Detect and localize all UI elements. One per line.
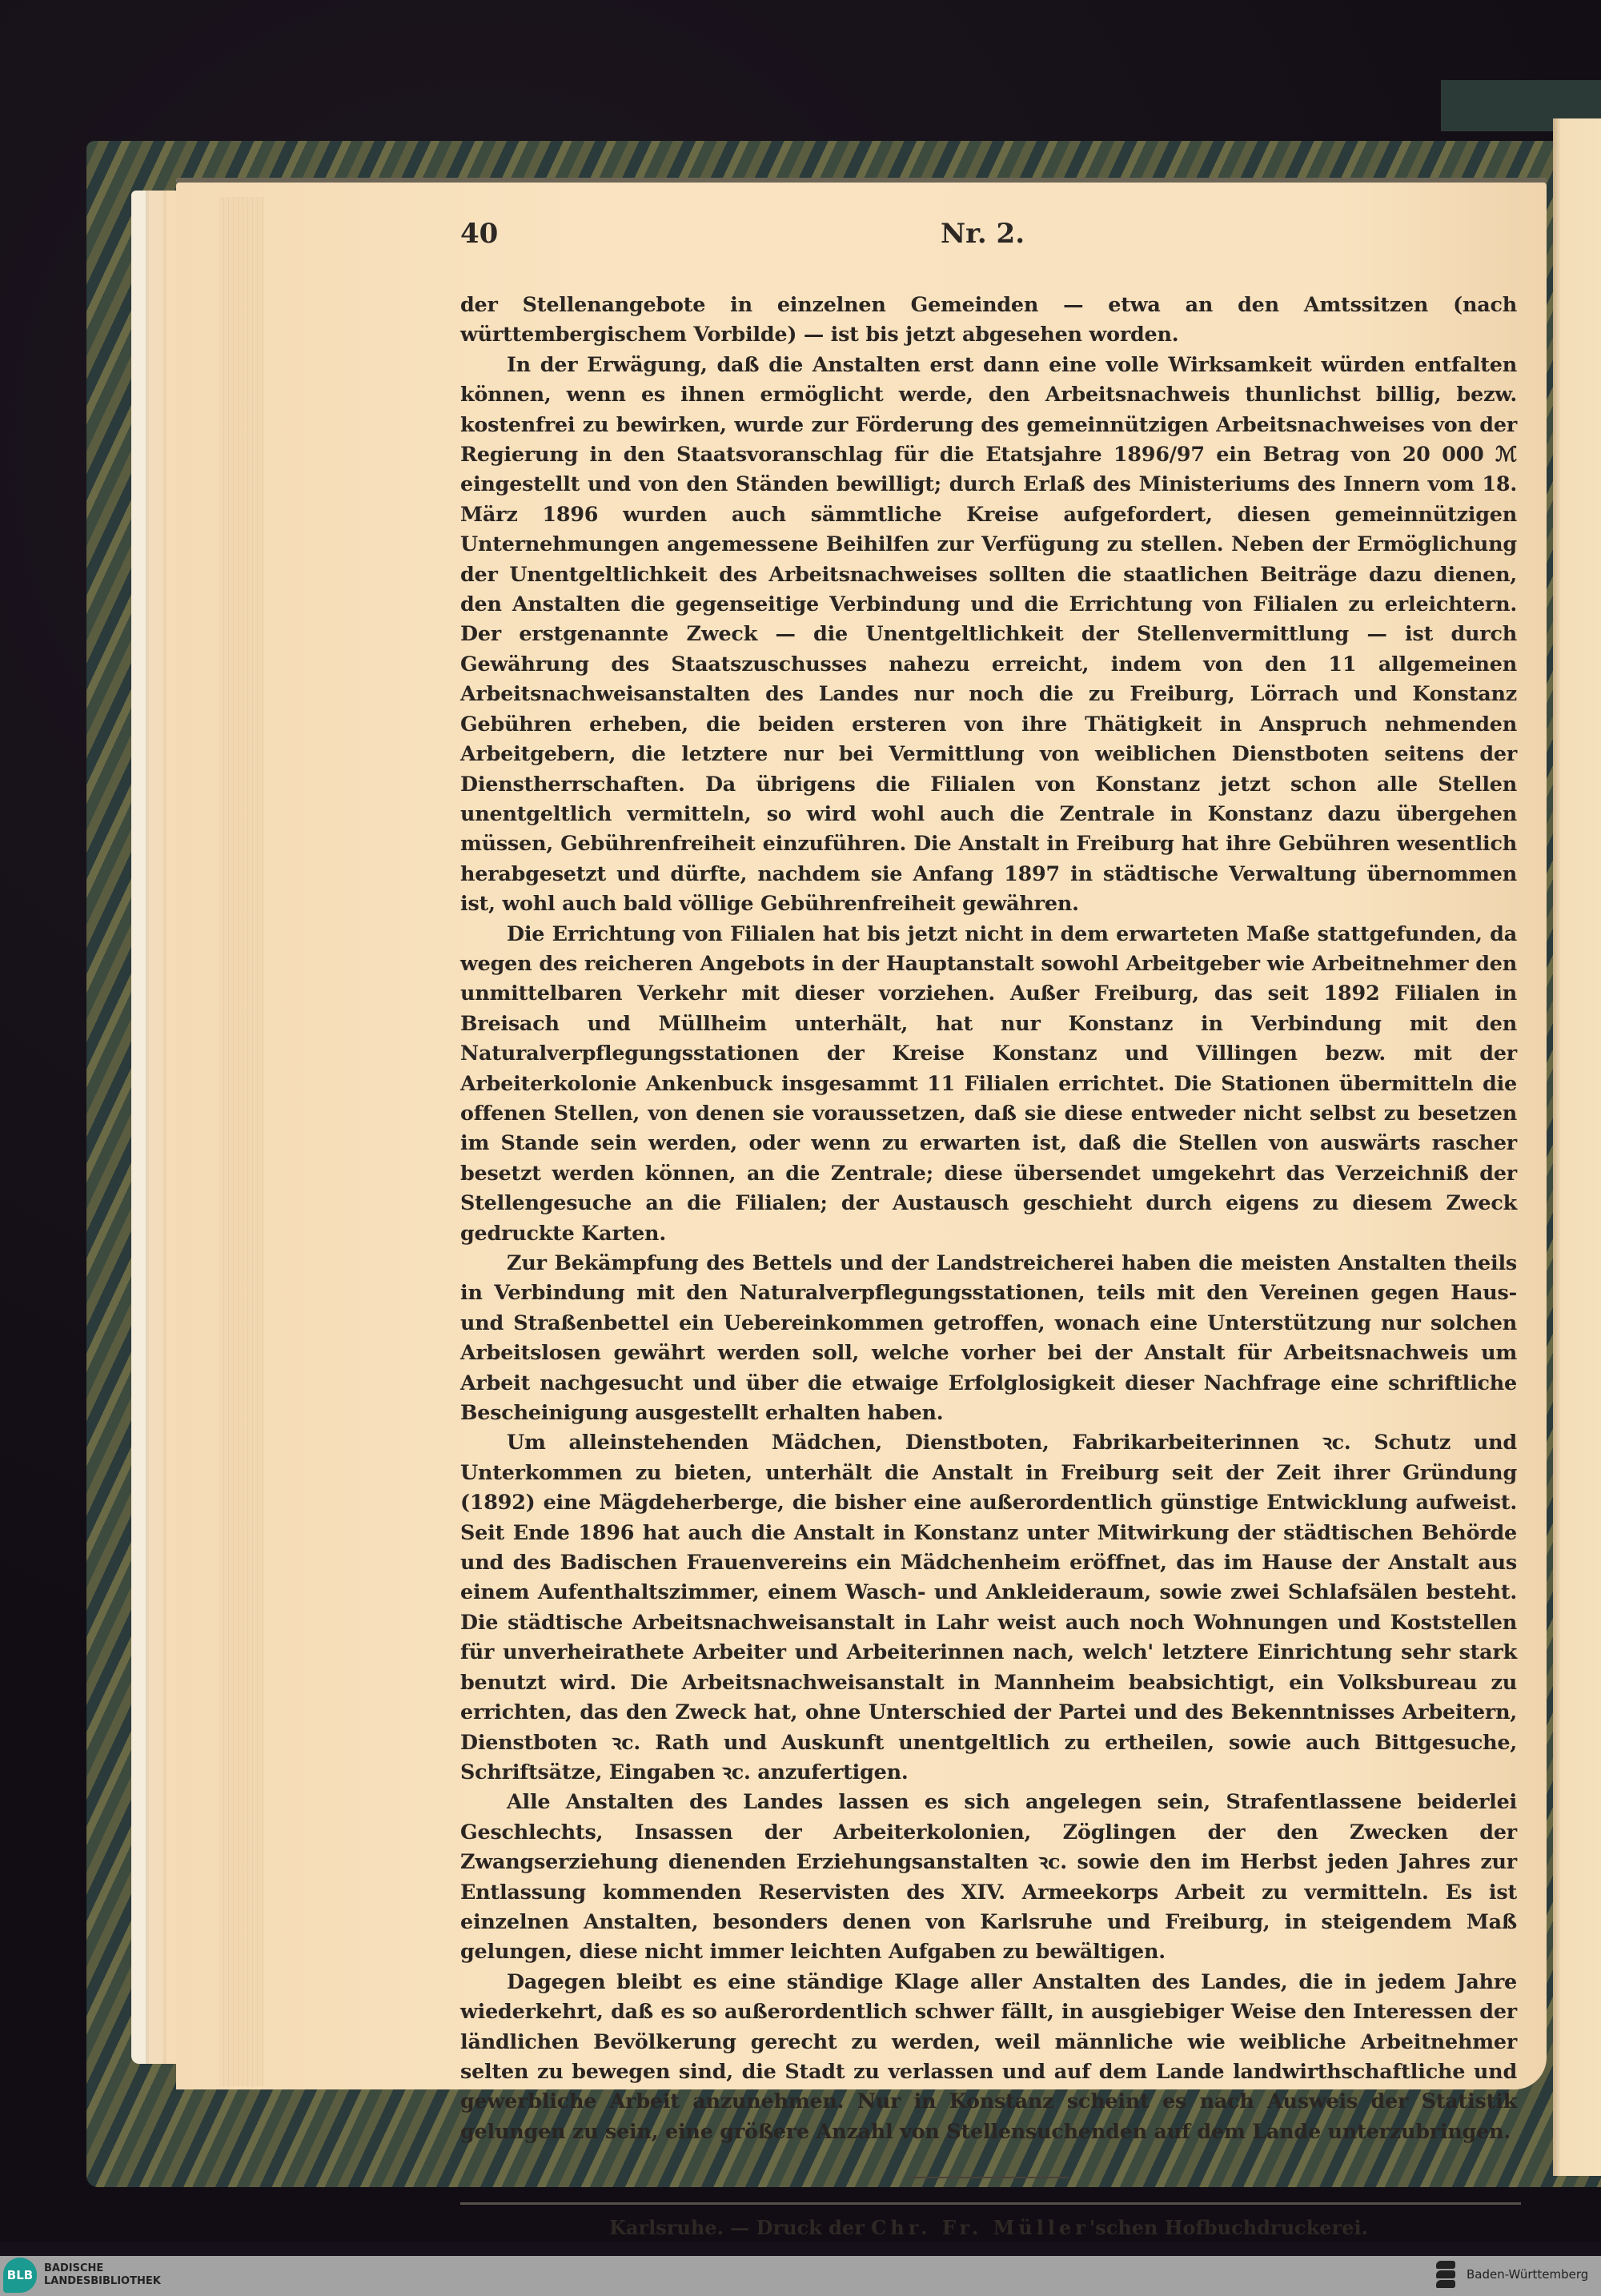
- facing-page-edge: [1553, 118, 1601, 2176]
- page-content: 40 Nr. 2. der Stellenangebote in einzeln…: [460, 216, 1517, 2239]
- body-text: der Stellenangebote in einzelnen Gemeind…: [460, 290, 1517, 2146]
- paragraph: In der Erwägung, daß die Anstalten erst …: [460, 350, 1517, 919]
- issue-number: Nr. 2.: [941, 218, 1025, 250]
- state-name[interactable]: Baden-Württemberg: [1467, 2267, 1588, 2282]
- page-number: 40: [460, 218, 498, 250]
- three-lions-coat-of-arms-icon: [1434, 2259, 1457, 2293]
- paragraph: der Stellenangebote in einzelnen Gemeind…: [460, 290, 1517, 350]
- blb-logo-icon[interactable]: BLB: [3, 2258, 37, 2293]
- paragraph: Dagegen bleibt es eine ständige Klage al…: [460, 1967, 1517, 2146]
- paragraph: Um alleinstehenden Mädchen, Dienstboten,…: [460, 1427, 1517, 1787]
- imprint-prefix: Karlsruhe. — Druck der: [609, 2216, 871, 2239]
- printer-imprint: Karlsruhe. — Druck der Chr. Fr. Müller's…: [460, 2216, 1517, 2239]
- footer-rule: [460, 2202, 1521, 2205]
- page-gutter: [219, 197, 264, 2086]
- imprint-suffix: 'schen Hofbuchdruckerei.: [1089, 2216, 1368, 2239]
- library-name[interactable]: BADISCHE LANDESBIBLIOTHEK: [44, 2262, 161, 2288]
- library-footer-bar: BLB BADISCHE LANDESBIBLIOTHEK Baden-Würt…: [0, 2256, 1601, 2296]
- paragraph: Zur Bekämpfung des Bettels und der Lands…: [460, 1248, 1517, 1427]
- running-head: 40 Nr. 2.: [460, 216, 1517, 267]
- library-name-line1: BADISCHE: [44, 2262, 161, 2275]
- paragraph: Alle Anstalten des Landes lassen es sich…: [460, 1787, 1517, 1966]
- imprint-printer-name: Chr. Fr. Müller: [871, 2216, 1089, 2239]
- library-name-line2: LANDESBIBLIOTHEK: [44, 2275, 161, 2288]
- section-divider: [909, 2177, 1069, 2178]
- paragraph: Die Errichtung von Filialen hat bis jetz…: [460, 919, 1517, 1248]
